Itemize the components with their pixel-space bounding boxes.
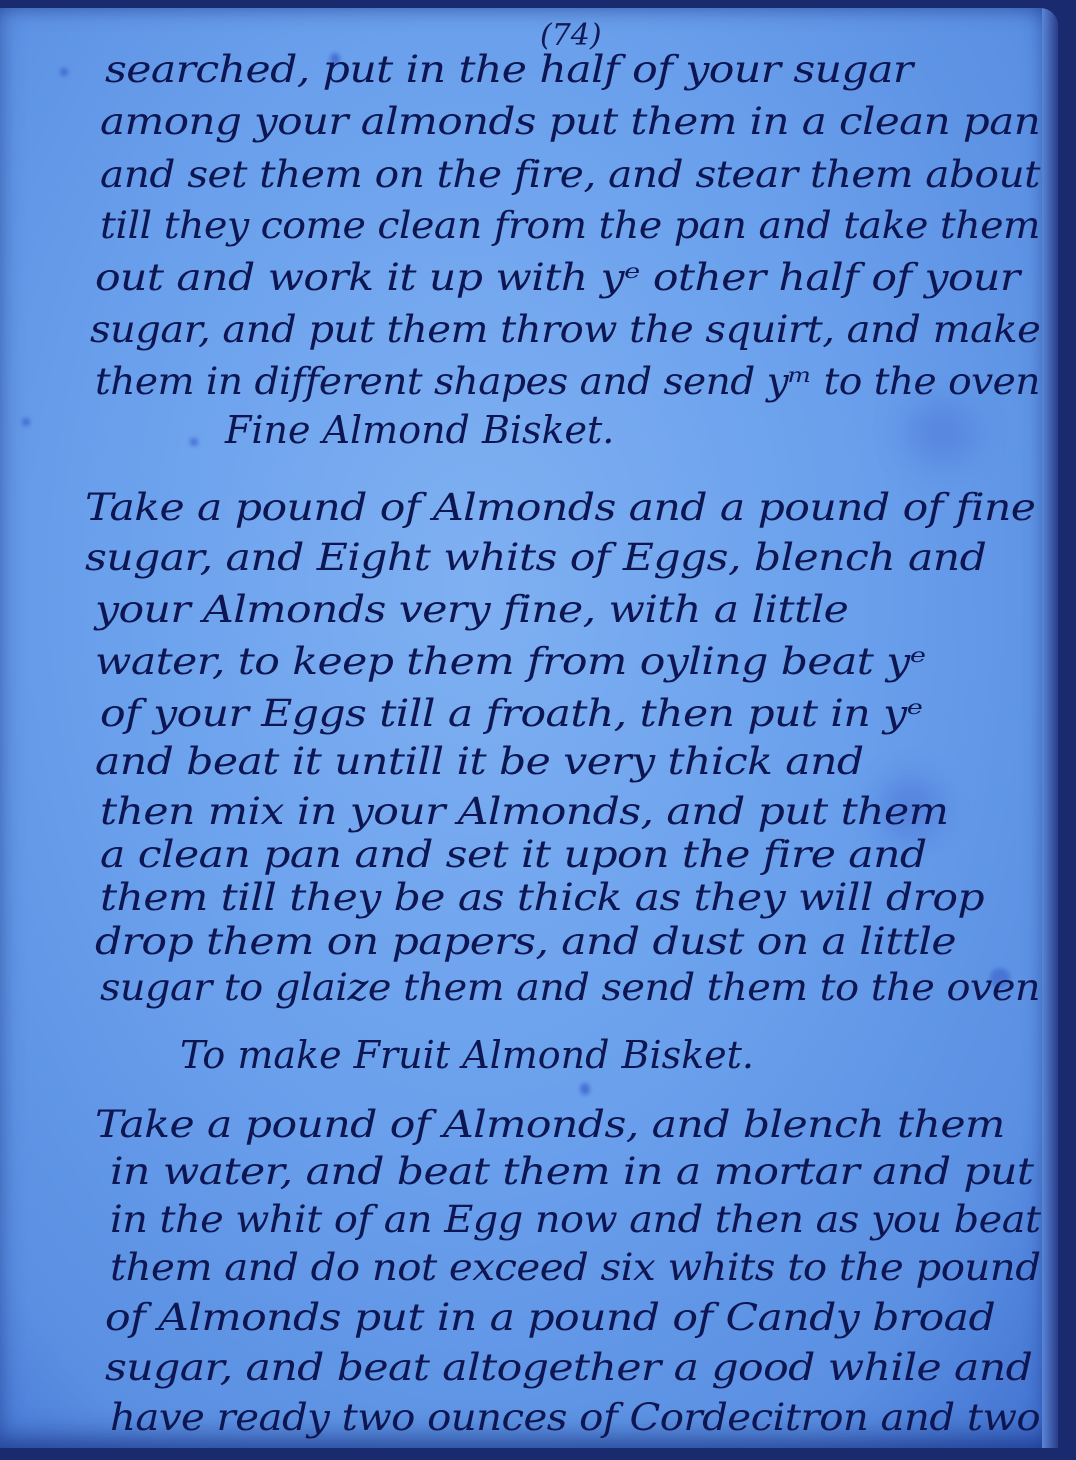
- text-line: out and work it up with yᵉ other half of…: [95, 256, 1020, 299]
- text-line: of your Eggs till a froath, then put in …: [100, 692, 922, 735]
- manuscript-page: (74) searched, put in the half of your s…: [0, 8, 1058, 1448]
- text-line: of Almonds put in a pound of Candy broad: [105, 1296, 995, 1339]
- page-edge: [1042, 8, 1058, 1448]
- text-line: sugar, and Eight whits of Eggs, blench a…: [85, 536, 986, 579]
- text-line: them till they be as thick as they will …: [100, 876, 984, 919]
- text-line: till they come clean from the pan and ta…: [100, 204, 1040, 247]
- text-line: Take a pound of Almonds and a pound of f…: [85, 486, 1035, 529]
- text-line: sugar, and beat altogether a good while …: [105, 1346, 1032, 1389]
- text-line: them in different shapes and send yᵐ to …: [95, 360, 1040, 403]
- text-line: among your almonds put them in a clean p…: [100, 100, 1040, 143]
- text-line: in water, and beat them in a mortar and …: [110, 1150, 1033, 1193]
- text-line: sugar, and put them throw the squirt, an…: [90, 308, 1040, 351]
- recipe-heading-fine-almond-bisket: Fine Almond Bisket.: [225, 408, 614, 452]
- text-line: in the whit of an Egg now and then as yo…: [110, 1198, 1040, 1241]
- text-line: a clean pan and set it upon the fire and: [100, 833, 927, 876]
- text-line: water, to keep them from oyling beat yᵉ: [95, 640, 926, 683]
- text-line: have ready two ounces of Cordecitron and…: [110, 1396, 1040, 1439]
- text-line: your Almonds very fine, with a little: [95, 588, 848, 631]
- text-line: searched, put in the half of your sugar: [105, 48, 913, 91]
- recipe-heading-fruit-almond-bisket: To make Fruit Almond Bisket.: [180, 1033, 754, 1077]
- text-line: drop them on papers, and dust on a littl…: [95, 920, 956, 963]
- text-line: sugar to glaize them and send them to th…: [100, 966, 1040, 1009]
- text-line: and beat it untill it be very thick and: [95, 740, 864, 783]
- text-line: then mix in your Almonds, and put them: [100, 790, 948, 833]
- text-line: and set them on the fire, and stear them…: [100, 153, 1040, 196]
- text-line: Take a pound of Almonds, and blench them: [95, 1103, 1005, 1146]
- text-line: them and do not exceed six whits to the …: [110, 1246, 1040, 1289]
